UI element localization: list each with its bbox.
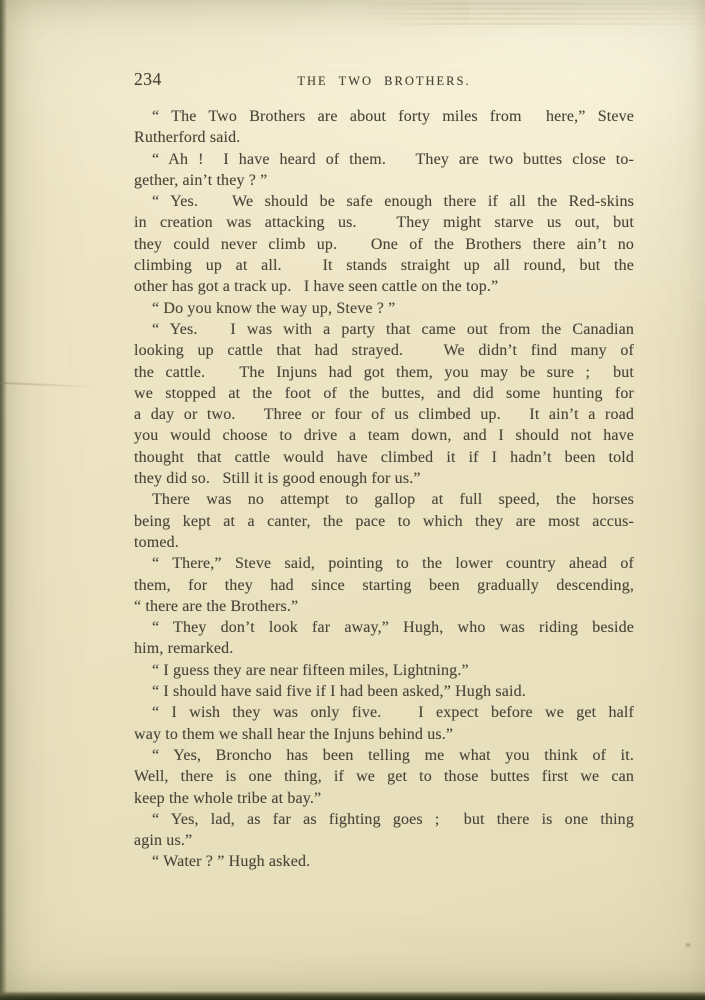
text-line: thought that cattle would have climbed i…	[134, 447, 634, 468]
text-line: looking up cattle that had strayed. We d…	[134, 340, 634, 361]
text-line: you would choose to drive a team down, a…	[134, 425, 634, 446]
left-scan-edge	[0, 0, 7, 1000]
text-line: the cattle. The Injuns had got them, you…	[134, 362, 634, 383]
text-line: tomed.	[134, 532, 634, 553]
paragraph: “ Yes, lad, as far as fighting goes ; bu…	[134, 809, 634, 852]
page-header: 234 THE TWO BROTHERS.	[134, 70, 634, 92]
paragraph: “ I wish they was only five. I expect be…	[134, 702, 634, 745]
text-line: in creation was attacking us. They might…	[134, 212, 634, 233]
text-line: being kept at a canter, the pace to whic…	[134, 511, 634, 532]
text-line: him, remarked.	[134, 638, 634, 659]
paragraph: “ The Two Brothers are about forty miles…	[134, 106, 634, 149]
text-line: “ Ah ! I have heard of them. They are tw…	[134, 149, 634, 170]
text-line: “ Yes. We should be safe enough there if…	[134, 191, 634, 212]
text-line: “ there are the Brothers.”	[134, 596, 634, 617]
text-line: “ I wish they was only five. I expect be…	[134, 702, 634, 723]
text-line: “ There,” Steve said, pointing to the lo…	[134, 553, 634, 574]
paragraph: “ I guess they are near fifteen miles, L…	[134, 660, 634, 681]
paragraph: “ They don’t look far away,” Hugh, who w…	[134, 617, 634, 660]
text-line: they did so. Still it is good enough for…	[134, 468, 634, 489]
right-page-edge	[693, 0, 705, 300]
text-line: Rutherford said.	[134, 127, 634, 148]
text-line: “ Yes, lad, as far as fighting goes ; bu…	[134, 809, 634, 830]
text-line: “ Yes, Broncho has been telling me what …	[134, 745, 634, 766]
paper-crease	[0, 382, 100, 388]
text-line: a day or two. Three or four of us climbe…	[134, 404, 634, 425]
paragraph: “ Yes, Broncho has been telling me what …	[134, 745, 634, 809]
book-page-scan: 234 THE TWO BROTHERS. “ The Two Brothers…	[0, 0, 705, 1000]
paragraph: “ There,” Steve said, pointing to the lo…	[134, 553, 634, 617]
text-line: “ I guess they are near fifteen miles, L…	[134, 660, 634, 681]
paragraph: “ Do you know the way up, Steve ? ”	[134, 298, 634, 319]
text-line: “ Do you know the way up, Steve ? ”	[134, 298, 634, 319]
text-line: other has got a track up. I have seen ca…	[134, 276, 634, 297]
text-line: There was no attempt to gallop at full s…	[134, 489, 634, 510]
text-line: they could never climb up. One of the Br…	[134, 234, 634, 255]
text-line: keep the whole tribe at bay.”	[134, 788, 634, 809]
paper-smudge	[683, 941, 693, 949]
running-title: THE TWO BROTHERS.	[134, 75, 634, 88]
text-line: “ I should have said five if I had been …	[134, 681, 634, 702]
text-line: we stopped at the foot of the buttes, an…	[134, 383, 634, 404]
paragraph: “ Yes. I was with a party that came out …	[134, 319, 634, 489]
text-line: them, for they had since starting been g…	[134, 575, 634, 596]
bottom-scan-edge	[0, 991, 705, 1000]
paragraph: “ Water ? ” Hugh asked.	[134, 851, 634, 872]
paragraph: “ I should have said five if I had been …	[134, 681, 634, 702]
page-body: “ The Two Brothers are about forty miles…	[134, 106, 634, 873]
paragraph: There was no attempt to gallop at full s…	[134, 489, 634, 553]
text-line: gether, ain’t they ? ”	[134, 170, 634, 191]
text-line: “ They don’t look far away,” Hugh, who w…	[134, 617, 634, 638]
text-line: way to them we shall hear the Injuns beh…	[134, 724, 634, 745]
paragraph: “ Ah ! I have heard of them. They are tw…	[134, 149, 634, 192]
text-line: “ Yes. I was with a party that came out …	[134, 319, 634, 340]
text-line: climbing up at all. It stands straight u…	[134, 255, 634, 276]
paragraph: “ Yes. We should be safe enough there if…	[134, 191, 634, 297]
text-line: “ Water ? ” Hugh asked.	[134, 851, 634, 872]
text-line: “ The Two Brothers are about forty miles…	[134, 106, 634, 127]
text-line: agin us.”	[134, 830, 634, 851]
text-line: Well, there is one thing, if we get to t…	[134, 766, 634, 787]
